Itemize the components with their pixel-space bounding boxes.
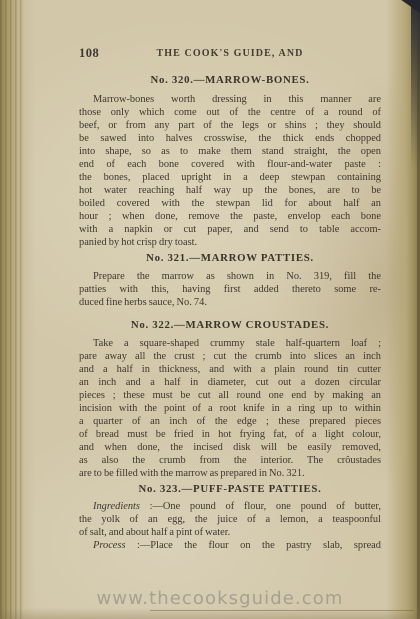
recipe-paragraph-320: Marrow-bones worth dressing in this mann…: [79, 93, 381, 249]
text-line: be sawed into halves crosswise, the thic…: [79, 132, 381, 145]
recipe-paragraph-322: Take a square-shaped crummy stale half-q…: [79, 337, 381, 480]
text-line: with a napkin or cut paper, and send to …: [79, 223, 381, 236]
recipe-heading-322: No. 322.—MARROW CROUSTADES.: [79, 319, 381, 331]
recipe-paragraph-323: Ingredients :—One pound of flour, one po…: [79, 500, 381, 552]
page-curl-stripes: [0, 0, 24, 619]
text-line: those only which come out of the centre …: [79, 106, 381, 119]
ingredients-text: :—One pound of flour, one pound of butte…: [140, 501, 381, 512]
ingredients-label: Ingredients: [93, 501, 140, 512]
text-line: a quarter of an inch of the edge ; these…: [79, 415, 381, 428]
text-line: the yolk of an egg, the juice of a lemon…: [79, 513, 381, 526]
text-line: hot water reaching half way up the bones…: [79, 184, 381, 197]
site-watermark: www.thecooksguide.com: [20, 588, 420, 609]
running-title: THE COOK'S GUIDE, AND: [79, 48, 381, 59]
text-line: hour ; when done, remove the paste, enve…: [79, 210, 381, 223]
text-line: panied by hot crisp dry toast.: [79, 236, 381, 249]
scanned-book-page: 108 THE COOK'S GUIDE, AND No. 320.—MARRO…: [0, 0, 420, 619]
ingredients-line: Ingredients :—One pound of flour, one po…: [79, 500, 381, 513]
text-line: of bread must be fried in hot frying fat…: [79, 428, 381, 441]
process-text: :—Place the flour on the pastry slab, sp…: [126, 540, 381, 551]
recipe-heading-321: No. 321.—MARROW PATTIES.: [79, 252, 381, 264]
right-top-scan-shadow: [411, 0, 420, 170]
text-line: boiled covered with the stewpan lid for …: [79, 197, 381, 210]
text-line: Take a square-shaped crummy stale half-q…: [79, 337, 381, 350]
text-line: duced fine herbs sauce, No. 74.: [79, 296, 381, 309]
text-line: beef, or from any part of the legs or sh…: [79, 119, 381, 132]
process-line: Process :—Place the flour on the pastry …: [79, 539, 381, 552]
text-line: end of each bone covered with flour-and-…: [79, 158, 381, 171]
text-line: pieces ; these must be cut all round one…: [79, 389, 381, 402]
text-line: as also the crumb from the interior. The…: [79, 454, 381, 467]
text-line: the bones, placed upright in a deep stew…: [79, 171, 381, 184]
text-line: of salt, and about half a pint of water.: [79, 526, 381, 539]
text-line: patties with this, having first added th…: [79, 283, 381, 296]
text-line: pare away all the crust ; cut the crumb …: [79, 350, 381, 363]
text-line: an inch and a half in diameter, cut out …: [79, 376, 381, 389]
recipe-heading-320: No. 320.—MARROW-BONES.: [79, 74, 381, 86]
page-header: 108 THE COOK'S GUIDE, AND: [79, 46, 381, 60]
text-line: Prepare the marrow as shown in No. 319, …: [79, 270, 381, 283]
text-line: Marrow-bones worth dressing in this mann…: [79, 93, 381, 106]
bottom-edge-line: [150, 610, 414, 611]
text-line: and when done, the incised disk will be …: [79, 441, 381, 454]
recipe-paragraph-321: Prepare the marrow as shown in No. 319, …: [79, 270, 381, 309]
text-line: and a half in thickness, and with a plai…: [79, 363, 381, 376]
recipe-heading-323: No. 323.—PUFF-PASTE PATTIES.: [79, 483, 381, 495]
text-line: into shape, so as to make them stand str…: [79, 145, 381, 158]
process-label: Process: [93, 540, 126, 551]
text-line: incision with the point of a root knife …: [79, 402, 381, 415]
text-line: are to be filled with the marrow as prep…: [79, 467, 381, 480]
